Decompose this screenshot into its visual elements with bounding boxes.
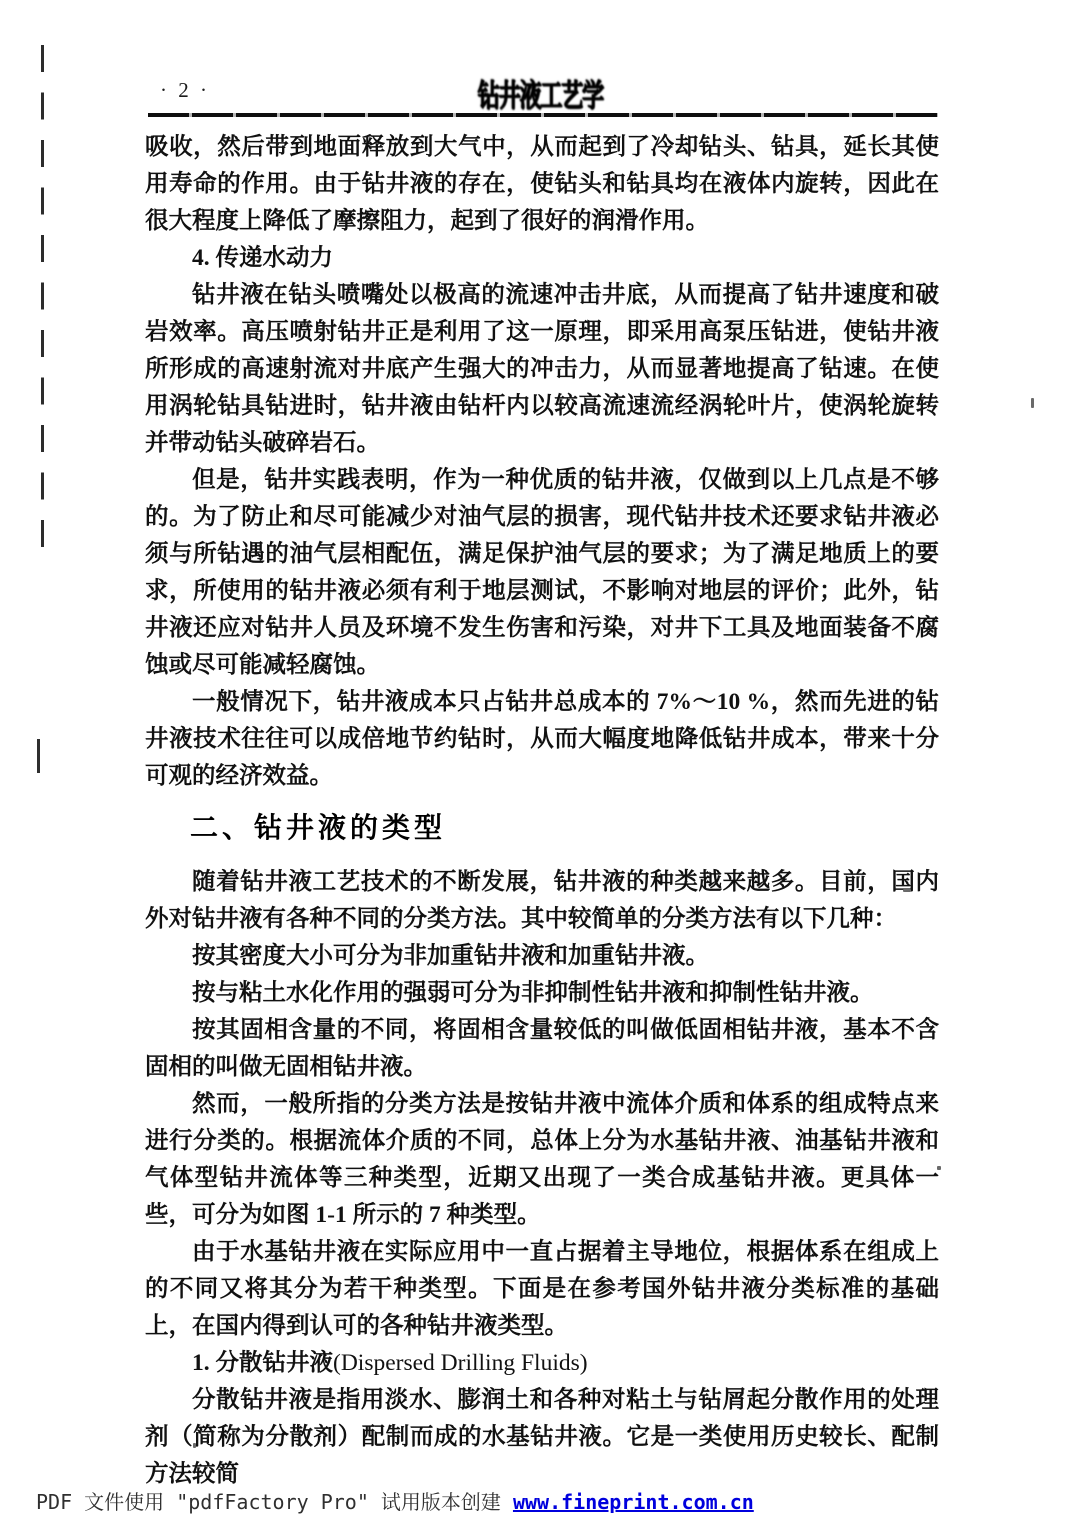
body-text: 吸收，然后带到地面释放到大气中，从而起到了冷却钻头、钻具，延长其使用寿命的作用。… [145, 129, 939, 1493]
running-header: 钻井液工艺学 [0, 70, 1080, 115]
paragraph: 由于水基钻井液在实际应用中一直占据着主导地位，根据体系在组成上的不同又将其分为若… [145, 1234, 939, 1345]
scan-speck [937, 1166, 941, 1170]
paragraph: 按其密度大小可分为非加重钻井液和加重钻井液。 [145, 938, 939, 975]
subsection-heading: 4. 传递水动力 [145, 240, 939, 277]
header-rule [148, 113, 938, 117]
section-heading: 二、钻井液的类型 [190, 810, 939, 847]
subsection-heading-english: (Dispersed Drilling Fluids) [333, 1350, 588, 1376]
left-margin-mark-lower [37, 739, 40, 773]
paragraph: 一般情况下，钻井液成本只占钻井总成本的 7%～10 %，然而先进的钻井液技术往往… [145, 684, 939, 795]
left-margin-marks [41, 45, 44, 550]
fineprint-link[interactable]: www.fineprint.com.cn [513, 1490, 754, 1514]
paragraph: 然而，一般所指的分类方法是按钻井液中流体介质和体系的组成特点来进行分类的。根据流… [145, 1086, 939, 1234]
subsection-heading-label: 1. 分散钻井液 [192, 1350, 333, 1376]
scan-speck [193, 1443, 196, 1448]
scan-speck [1031, 398, 1034, 408]
paragraph: 分散钻井液是指用淡水、膨润土和各种对粘土与钻屑起分散作用的处理剂（简称为分散剂）… [145, 1382, 939, 1493]
paragraph: 按其固相含量的不同，将固相含量较低的叫做低固相钻井液，基本不含固相的叫做无固相钻… [145, 1012, 939, 1086]
pdf-watermark-text: PDF 文件使用 "pdfFactory Pro" 试用版本创建 [36, 1490, 513, 1514]
paragraph: 随着钻井液工艺技术的不断发展，钻井液的种类越来越多。目前，国内外对钻井液有各种不… [145, 864, 939, 938]
subsection-heading: 1. 分散钻井液(Dispersed Drilling Fluids) [145, 1345, 939, 1382]
book-title: 钻井液工艺学 [477, 70, 602, 115]
paragraph: 但是，钻井实践表明，作为一种优质的钻井液，仅做到以上几点是不够的。为了防止和尽可… [145, 462, 939, 684]
paragraph: 按与粘土水化作用的强弱可分为非抑制性钻井液和抑制性钻井液。 [145, 975, 939, 1012]
scan-speck [903, 889, 911, 892]
pdf-watermark: PDF 文件使用 "pdfFactory Pro" 试用版本创建 www.fin… [36, 1486, 754, 1515]
scanned-document-page: · 2 · 钻井液工艺学 吸收，然后带到地面释放到大气中，从而起到了冷却钻头、钻… [0, 0, 1080, 1526]
paragraph: 钻井液在钻头喷嘴处以极高的流速冲击井底，从而提高了钻井速度和破岩效率。高压喷射钻… [145, 277, 939, 462]
paragraph: 吸收，然后带到地面释放到大气中，从而起到了冷却钻头、钻具，延长其使用寿命的作用。… [145, 129, 939, 240]
